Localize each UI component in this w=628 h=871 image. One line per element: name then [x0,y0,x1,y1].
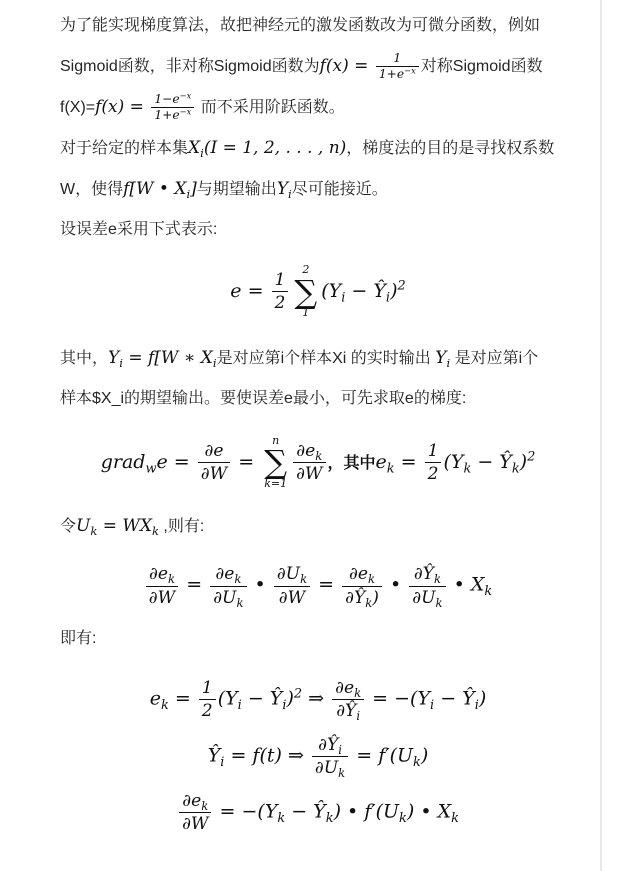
mi: ⇒ [302,688,330,710]
mi: k [338,767,345,781]
mi: k=1 [264,477,287,490]
mi: = WX [97,516,152,536]
fden: ∂Uk [312,756,348,779]
document-page: { "page": { "background": "#ffffff", "te… [0,0,628,871]
paragraph-namely: 即有: [60,619,576,659]
mi: ) [372,588,379,608]
formula-yhat-derivative: Ŷi = f(t) ⇒ ∂Ŷi∂Uk = f′(Uk) [60,734,576,779]
mi: ) [520,451,527,473]
mi: (Y [443,451,463,473]
mi: e [376,451,387,473]
mi: w [145,461,156,476]
fnum: 1 [272,269,289,291]
subscript: k [451,811,459,826]
mi: k [161,698,169,713]
subscript: k [161,698,169,713]
mi: 2 [397,279,405,294]
mi: Y [277,179,288,199]
mi: 2 [428,464,439,484]
mi: = f(t) ⇒ [224,745,310,767]
mi: 1 [275,270,286,290]
frac: ∂Uk∂W [274,563,310,608]
paragraph-let-uk: 令Uk = WXk ,则有: [60,506,576,547]
mi: 2 [527,449,535,464]
formula-ek-derivative: ek = 12(Yi − Ŷi)2 ⇒ ∂ek∂Ŷi = −(Yi − Ŷi) [60,677,576,722]
mi: (I = 1, 2, . . . , n) [204,138,346,158]
fden: ∂W [198,462,230,485]
mi: k [354,686,361,700]
mi: f(x) = [95,97,149,117]
mi: k [399,811,407,826]
subscript: k [338,767,345,781]
subscript: k [236,596,243,610]
fden: ∂Ŷi [332,699,364,722]
fnum: ∂ek [293,440,325,462]
frac: 12 [272,269,289,314]
mi: ∂U [412,588,435,608]
text-line: 设误差e采用下式表示: [60,210,576,250]
text-run: f(X)= [60,99,95,116]
text-run: ,则有: [159,518,204,535]
text-run: 对于给定的样本集 [60,140,188,157]
frac: 11+e−x [376,51,419,81]
mi: 1−e [154,92,179,106]
text-line: W，使得f[W • Xi]与期望输出Yi尽可能接近。 [60,169,576,210]
mi: ∂e [349,564,368,584]
fnum: ∂ek [210,563,246,585]
fnum: 1 [376,51,419,66]
text-run: 为了能实现梯度算法，故把神经元的激发函数改为可微分函数，例如 [60,17,540,34]
sum-operator: n∑k=1 [264,435,287,491]
sigma-glyph: ∑ [294,277,317,307]
subscript: k [436,596,443,610]
mi: X [188,138,200,158]
mi: k [236,596,243,610]
fnum: ∂ek [342,563,382,585]
inline-math-run: Yi [277,179,292,199]
mi: ∂Ŷ [345,588,365,608]
mi: ∂e [296,441,315,461]
inline-math-run: f(x) = 1−e−x1+e−x [95,97,196,117]
mi: k [434,572,441,586]
mi: ) [479,688,486,710]
subscript: k [413,755,421,770]
subscript: k [234,572,241,586]
text-run: 样本$X_i的期望输出。要使误差e最小，可先求取e的梯度: [60,390,466,407]
subscript: k [399,811,407,826]
frac: ∂e∂W [198,440,230,485]
formula-gradient: gradwe = ∂e∂W = n∑k=1∂ek∂W，其中ek = 12(Yk … [60,435,576,491]
formula-chain-rule: ∂ek∂W = ∂ek∂Uk • ∂Uk∂W = ∂ek∂Ŷk) • ∂Ŷk∂U… [60,563,576,608]
mi: = [180,574,208,596]
frac: ∂Ŷi∂Uk [312,734,348,779]
mi: ∂U [315,758,338,778]
inline-math-run: Uk = WXk [76,516,159,536]
subscript: k [277,811,285,826]
subscript: w [145,461,156,476]
paragraph-sample-set: 对于给定的样本集Xi(I = 1, 2, . . . , n)，梯度法的目的是寻… [60,128,576,210]
text-line: 对于给定的样本集Xi(I = 1, 2, . . . , n)，梯度法的目的是寻… [60,128,576,169]
mi: = −(Y [213,800,277,822]
mi: ∂Ŷ [318,735,338,755]
frac: ∂ek∂W [293,440,325,485]
mi: ∂W [279,588,305,608]
mi: • [249,574,272,596]
mi: ∂W [149,588,175,608]
subscript: k [354,686,361,700]
text-line: f(X)=f(x) = 1−e−x1+e−x 而不采用阶跃函数。 [60,87,576,128]
fnum: 1−e−x [151,92,194,107]
inline-math-run: f[W • Xi] [123,179,197,199]
inline-math-run: Xi(I = 1, 2, . . . , n) [188,138,346,158]
text-run: Sigmoid函数，非对称Sigmoid函数为 [60,58,320,75]
mi: −x [180,91,192,101]
mi: k [234,572,241,586]
lim: k=1 [264,478,287,491]
text-run: 是对应第i个样本Xi 的实时输出 [217,350,436,367]
subscript: k [315,449,322,463]
fnum: ∂Ŷi [312,734,348,756]
fnum: ∂Ŷk [409,563,445,585]
frac: ∂ek∂Ŷk) [342,563,382,608]
mi: 1 [202,678,213,698]
text-run: ，梯度法的目的是寻找权系数 [346,140,554,157]
inline-math-run: Yi [435,348,450,368]
mi: − Ŷ [242,688,283,710]
mi: ) [421,745,428,767]
text-line: 令Uk = WXk ,则有: [60,506,576,547]
subscript: i [356,709,360,723]
mi: ∂W [201,464,227,484]
fden: 2 [425,462,442,485]
text-line: 其中，Yi = f[W ∗ Xi是对应第i个样本Xi 的实时输出 Yi 是对应第… [60,338,576,379]
subscript: k [368,572,375,586]
mi: 1 [393,51,401,65]
mi: = −(Y [366,688,430,710]
mi: ) • X [407,800,451,822]
fden: 1+e−x [151,107,194,123]
mi: k [315,449,322,463]
frac: 12 [425,440,442,485]
superscript: −x [180,91,192,101]
mi: 1+e [379,67,404,81]
mi: = [312,574,340,596]
fnum: ∂ek [332,677,364,699]
mi: 2 [275,293,286,313]
mi: e = [157,451,196,473]
superscript: 2 [397,279,405,294]
rm: ，其中 [328,455,376,472]
mi: = [169,688,197,710]
text-run: 尽可能接近。 [292,181,388,198]
paragraph-intro: 为了能实现梯度算法，故把神经元的激发函数改为可微分函数，例如 Sigmoid函数… [60,6,576,128]
mi: e = [230,280,269,302]
mi: e [150,688,161,710]
frac: ∂Ŷk∂Uk [409,563,445,608]
document-body: 为了能实现梯度算法，故把神经元的激发函数改为可微分函数，例如 Sigmoid函数… [60,6,576,835]
sum-operator: 2∑1 [294,264,317,320]
mi: − Ŷ [434,688,475,710]
frac: ∂ek∂W [146,563,178,608]
fden: ∂W [146,586,178,609]
paragraph-output-explain: 其中，Yi = f[W ∗ Xi是对应第i个样本Xi 的实时输出 Yi 是对应第… [60,338,576,419]
mi: k [326,811,334,826]
fnum: ∂ek [179,790,211,812]
mi: − Ŷ [285,800,326,822]
mi: ∂e [149,564,168,584]
mi: i [338,743,342,757]
text-line: 为了能实现梯度算法，故把神经元的激发函数改为可微分函数，例如 [60,6,576,46]
mi: ∂U [213,588,236,608]
page-right-divider [600,0,602,871]
subscript: k [152,524,159,538]
mi: ∂e [182,791,201,811]
mi: ∂e [204,441,223,461]
mi: ∂W [182,814,208,834]
superscript: −x [404,65,416,75]
fden: ∂W [274,586,310,609]
text-run: 而不采用阶跃函数。 [196,99,344,116]
mi: 2 [294,686,302,701]
fden: ∂W [293,462,325,485]
mi: 2 [202,701,213,721]
frac: 1−e−x1+e−x [151,92,194,122]
paragraph-error-label: 设误差e采用下式表示: [60,210,576,250]
mi: k [436,596,443,610]
frac: ∂ek∂W [179,790,211,835]
fden: ∂Uk [409,586,445,609]
text-run: 与期望输出 [197,181,277,198]
mi: ∂U [277,564,300,584]
mi: f(x) = [320,56,374,76]
text-run: 是对应第i个 [450,350,538,367]
mi: (Y [321,280,341,302]
formula-final-gradient: ∂ek∂W = −(Yk − Ŷk) • f′(Uk) • Xk [60,790,576,835]
superscript: 2 [294,686,302,701]
text-line: 样本$X_i的期望输出。要使误差e最小，可先求取e的梯度: [60,379,576,419]
mi: i [356,709,360,723]
mi: ∂Ŷ [414,564,434,584]
text-line: Sigmoid函数，非对称Sigmoid函数为f(x) = 11+e−x对称Si… [60,46,576,87]
fden: ∂W [179,812,211,835]
subscript: k [387,461,395,476]
mi: k [277,811,285,826]
lim: 1 [302,307,309,320]
mi: k [152,524,159,538]
mi: k [512,461,520,476]
mi: k [368,572,375,586]
fnum: ∂Uk [274,563,310,585]
mi: • X [448,574,485,596]
mi: ∂Ŷ [336,701,356,721]
fden: 2 [199,699,216,722]
frac: 12 [199,677,216,722]
mi: k [300,572,307,586]
mi: − Ŷ [345,280,386,302]
fden: 1+e−x [376,66,419,82]
subscript: k [168,572,175,586]
text-run: 设误差e采用下式表示: [60,221,217,238]
mi: (Y [218,688,238,710]
text-run: 即有: [60,630,96,647]
subscript: k [512,461,520,476]
mi: − Ŷ [471,451,512,473]
superscript: 2 [527,449,535,464]
fnum: ∂e [198,440,230,462]
mi: 1 [428,441,439,461]
subscript: k [326,811,334,826]
fnum: 1 [425,440,442,462]
sigma-glyph: ∑ [264,447,287,477]
mi: k [484,585,492,600]
mi: ∂e [335,678,354,698]
mi: 1+e [154,108,179,122]
subscript: k [484,585,492,600]
mi: Y [435,348,446,368]
mi: k [413,755,421,770]
mi: ) • f′(U [334,800,399,822]
mi: ∂e [215,564,234,584]
mi: k [451,811,459,826]
fnum: ∂ek [146,563,178,585]
text-run: 其中， [60,350,108,367]
formula-error-sum: e = 122∑1(Yi − Ŷi)2 [60,264,576,320]
mi: k [201,799,208,813]
subscript: k [300,572,307,586]
mi: grad [101,451,146,473]
mi: = f′(U [350,745,413,767]
frac: ∂ek∂Ŷi [332,677,364,722]
frac: ∂ek∂Uk [210,563,246,608]
mi: k [168,572,175,586]
fden: 2 [272,291,289,314]
mi: = f[W ∗ X [123,348,213,368]
text-line: 即有: [60,619,576,659]
subscript: k [201,799,208,813]
fden: ∂Ŷk) [342,586,382,609]
mi: Ŷ [208,745,221,767]
text-run: 对称Sigmoid函数 [421,58,543,75]
mi: Y [108,348,119,368]
mi: f[W • X [123,179,186,199]
fnum: 1 [199,677,216,699]
subscript: i [338,743,342,757]
mi: ] [190,179,197,199]
mi: U [76,516,90,536]
mi: 1 [302,306,309,319]
superscript: −x [180,106,192,116]
subscript: k [434,572,441,586]
mi: = [232,451,260,473]
mi: = [395,451,423,473]
mi: • [384,574,407,596]
inline-math-run: f(x) = 11+e−x [320,56,421,76]
text-run: W，使得 [60,181,123,198]
mi: −x [404,65,416,75]
inline-math-run: Yi = f[W ∗ Xi [108,348,217,368]
text-run: 令 [60,518,76,535]
mi: k [387,461,395,476]
fden: ∂Uk [210,586,246,609]
mi: ∂W [296,464,322,484]
mi: ) [286,688,293,710]
mi: −x [180,106,192,116]
